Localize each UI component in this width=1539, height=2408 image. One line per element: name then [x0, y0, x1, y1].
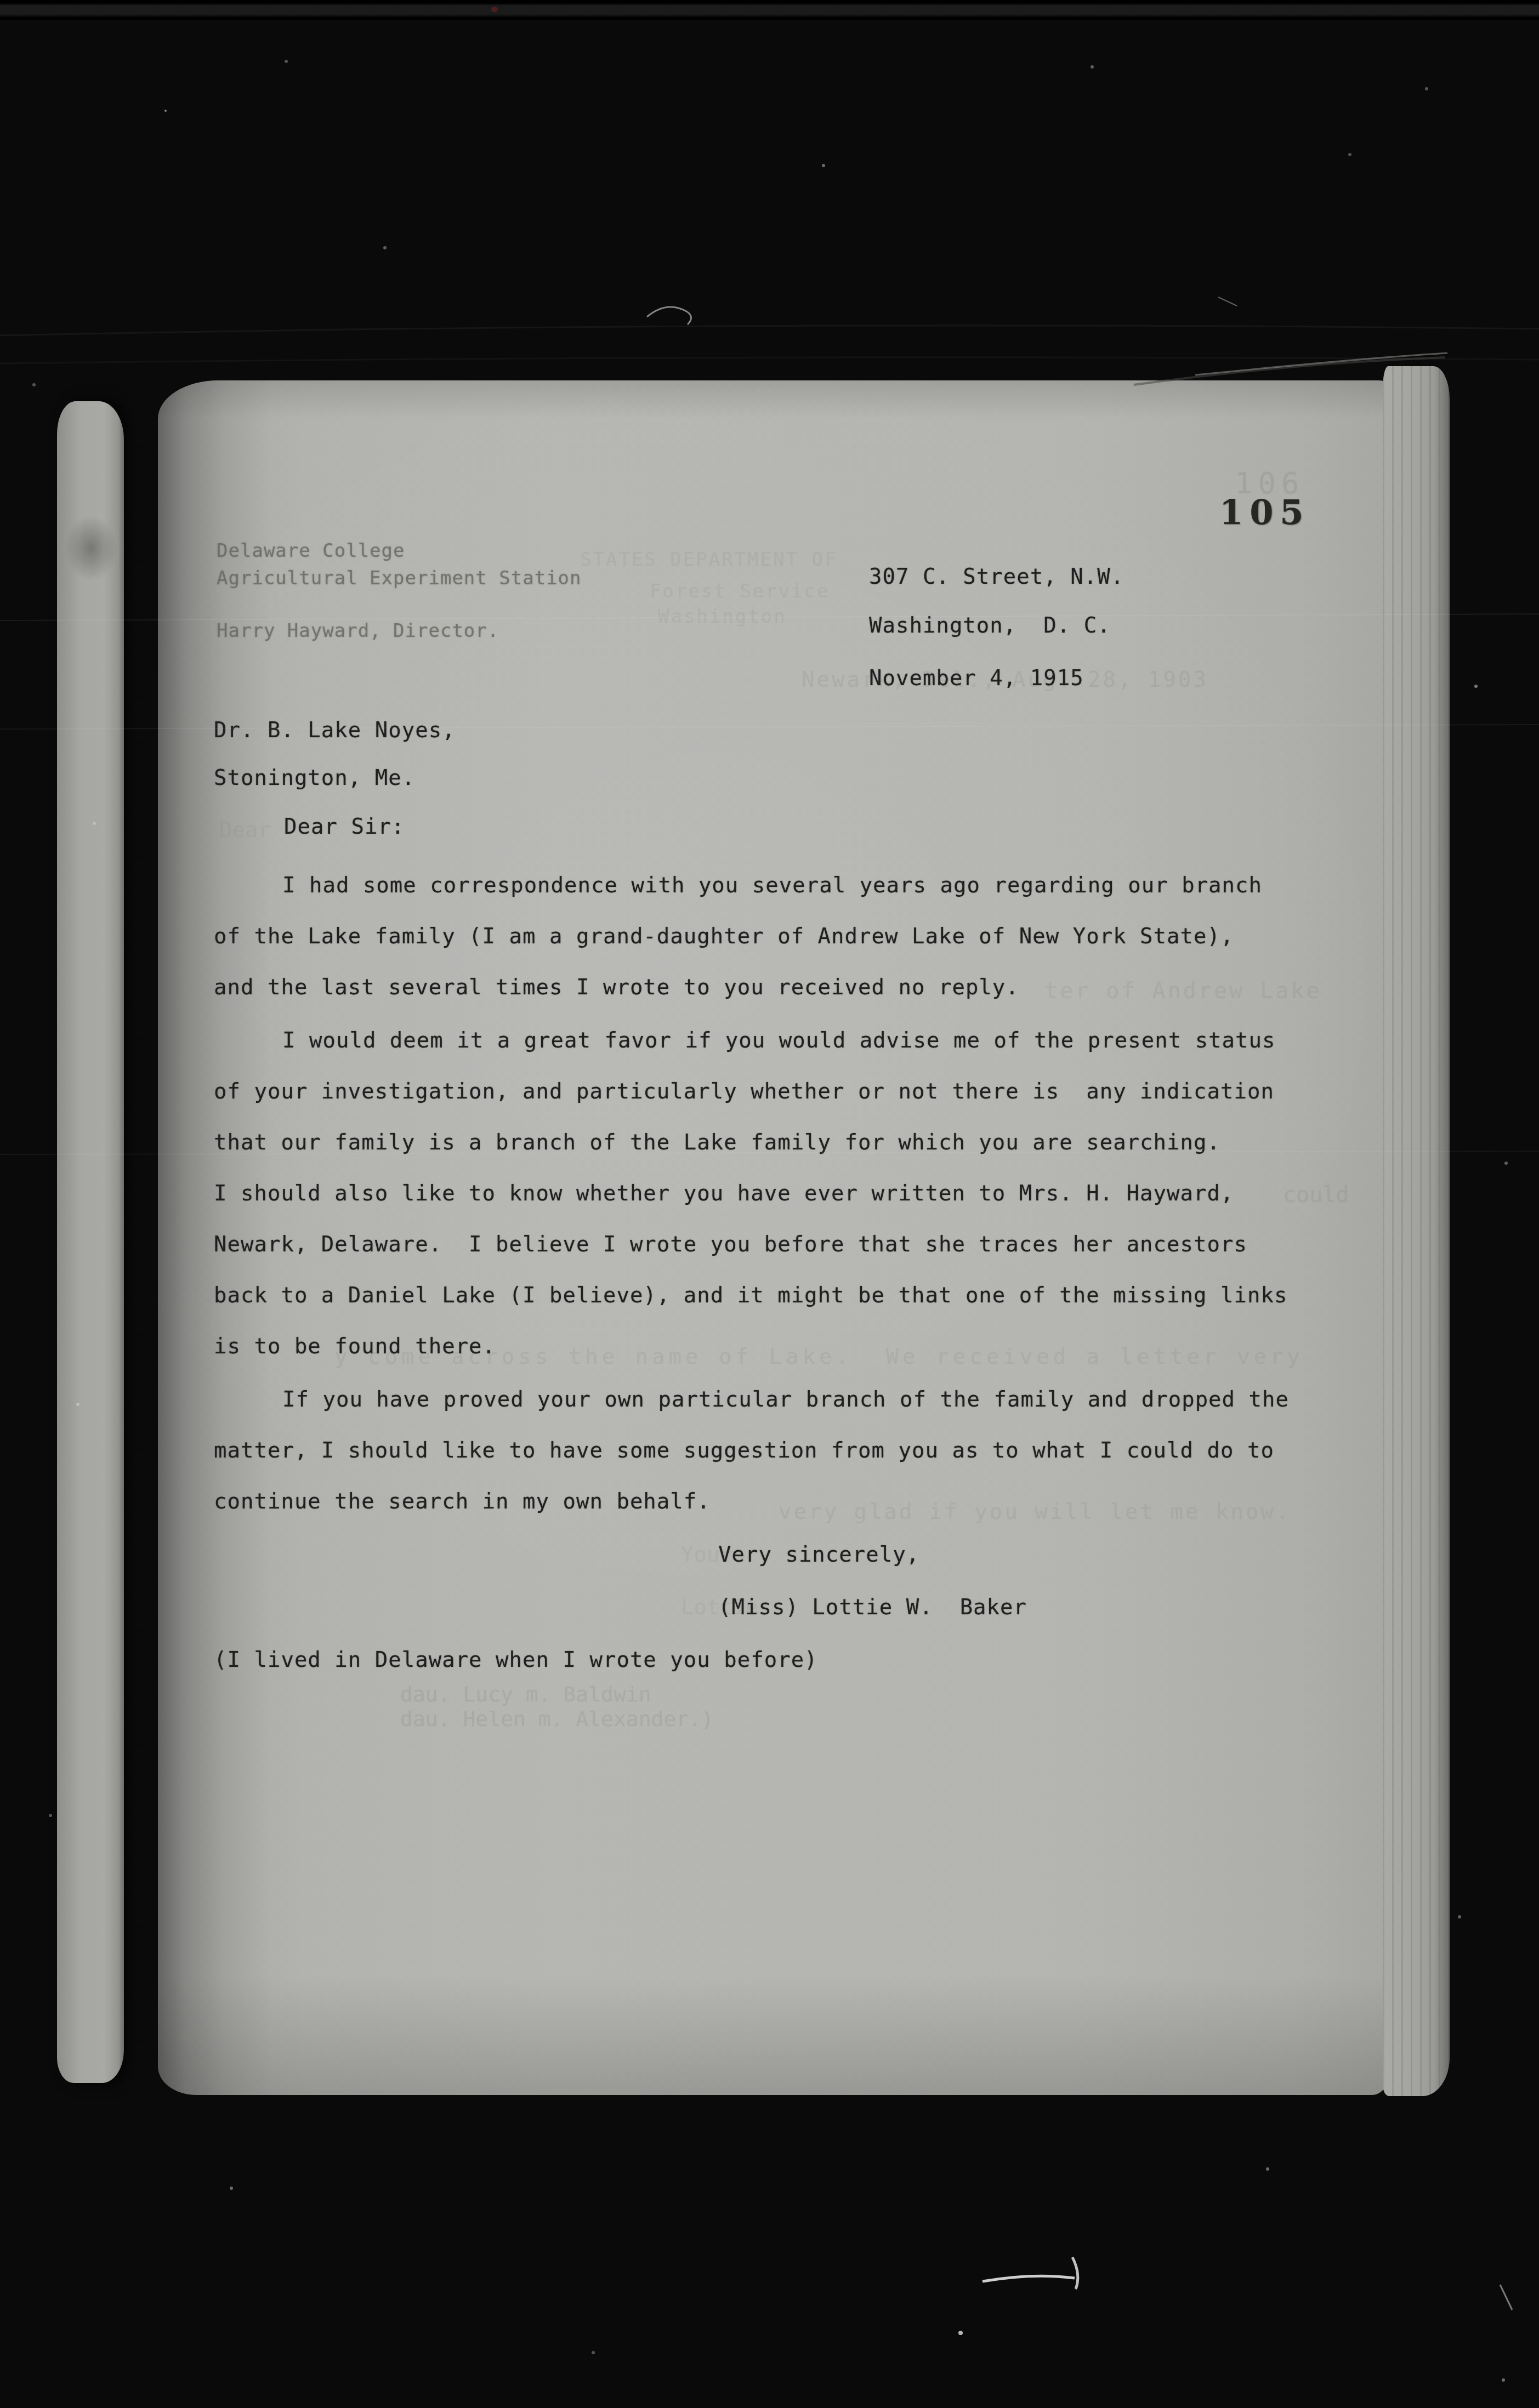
dust-specks: [164, 110, 167, 112]
film-scratches: [0, 0, 1539, 2408]
scanned-letter-page: 106 105 Delaware College Agricultural Ex…: [0, 0, 1539, 2408]
